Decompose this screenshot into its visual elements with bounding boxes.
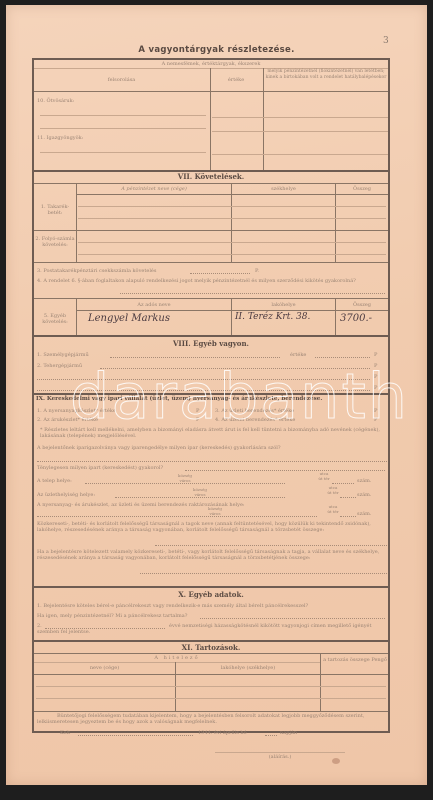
warehouse-street-hint: utca út tér [327,505,339,514]
section-x-title: X. Egyéb adatok. [32,590,390,599]
actual-trade-question: Ténylegesen milyen ipart (kereskedést) g… [37,465,163,471]
col-header-location: melyik pénzintézetnél (fiókintézetnél) v… [264,69,388,80]
shop-label: Az üzlethelyiség helye: [37,492,95,498]
partners-question: Közkereseti-, betéti- és korlátolt felel… [37,521,387,533]
warehouse-municipality-hint: község város [205,507,225,516]
site-street-hint: utca út tér [318,472,330,481]
safe-deposit-question: 1. Bejelentésre köteles bérel-e páncélre… [37,603,308,609]
divider [34,653,388,654]
row-label-other-claims: 5. Egyéb követelés: [34,313,76,325]
section-divider [32,335,390,337]
site-label: A telep helye: [37,478,72,484]
debtor-name-handwritten[interactable]: Lengyel Markus [88,313,170,324]
row-label-savings: 1. Takarék-betét: [34,204,76,216]
shop-municipality-hint: község város [190,488,210,497]
shop-number-field[interactable] [340,497,356,498]
car-field[interactable] [110,357,280,358]
fill-line[interactable] [212,154,388,155]
license-field[interactable] [37,461,387,462]
site-municipality-hint: község város [175,474,195,483]
date-text: 1944. évi április hó [198,730,247,736]
divider [34,662,320,663]
safe-deposit-details: Ha igen, mely pénzintézetnél? Mi a páncé… [37,613,187,619]
fill-line[interactable] [40,115,206,116]
col-header-amount: Összeg [336,302,388,308]
membership-field[interactable] [140,573,387,574]
divider [34,262,388,263]
site-field[interactable] [85,483,285,484]
divider [34,230,388,231]
license-question: A bejelentőnek iparigazolványa vagy ipar… [37,445,281,451]
car-label: 1. Személygépjármű [37,352,89,358]
unit-pengo: P. [255,268,259,274]
shop-field[interactable] [115,497,285,498]
fill-line[interactable] [78,242,386,243]
section-divider [32,640,390,642]
day-field[interactable] [265,735,277,736]
warehouse-field[interactable] [37,516,317,517]
divider [34,674,388,675]
col-header-list: felsorolása [34,77,209,83]
divider [34,91,388,92]
partners-field[interactable] [155,545,387,546]
col-header-seat: székhelye [232,186,335,192]
car-value-field[interactable] [315,357,370,358]
actual-trade-field[interactable] [185,470,385,471]
section-vii-title: VII. Követelések. [32,172,390,181]
membership-question: Ha a bejelentésre kötelezett valamely kö… [37,549,387,561]
warehouse-number-field[interactable] [340,516,356,517]
fill-line[interactable] [78,206,386,207]
residence-handwritten[interactable]: II. Teréz Krt. 38. [235,312,310,322]
page-title: A vagyontárgyak részletezése. [0,45,433,55]
col-header-debt-amount: a tartozás összege Pengő [322,657,388,663]
creditor-group-header: A hitelező [34,655,320,661]
car-value-label: értéke [290,352,306,358]
section-viii-title: VIII. Egyéb vagyon. [32,339,390,348]
fill-line[interactable] [40,128,206,129]
safe-deposit-field[interactable] [200,618,385,619]
postal-savings-label: 3. Postatakarékpénztári csekkszámla köve… [37,268,156,274]
fill-line[interactable] [36,698,386,699]
section-xi-title: XI. Tartozások. [32,643,390,652]
number-suffix: szám. [357,492,372,498]
col-divider [210,68,211,171]
declaration-text: Büntetőjogi felelősségem tudatában kijel… [37,713,387,725]
valuables-group-header: A nemesfémek, értéktárgyak, ékszerek [34,61,388,67]
unit-pengo: P [374,352,377,358]
row-label-pearls: 11. Igazgyöngyök: [37,135,83,141]
disposal-right-field[interactable] [120,293,385,294]
fill-line[interactable] [40,152,206,153]
watermark: darabanth [70,360,409,433]
signature-label: (aláírás.) [215,754,345,760]
fill-line[interactable] [212,131,388,132]
col-divider [320,653,321,711]
col-header-creditor-seat: lakóhelye (székhelye) [176,665,320,671]
day-label: napján [280,730,297,736]
fill-line[interactable] [212,117,388,118]
divider [34,711,388,712]
amount-handwritten[interactable]: 3700.- [340,313,372,324]
number-suffix: szám. [357,511,372,517]
place-label: Kelt [60,730,70,736]
col-header-bank: A pénzintézet neve (cége) [77,186,231,192]
col-header-value: értéke [210,77,262,83]
col-header-amount: Összeg [336,186,388,192]
divider [76,310,388,311]
row-label-current-account: 2. Folyó-számla követelés: [34,236,76,248]
disposal-right-question: 4. A rendelet 6. §-ában foglaltakon alap… [37,278,387,284]
number-suffix: szám. [357,478,372,484]
col-header-creditor-name: neve (cége) [34,665,175,671]
fill-line[interactable] [78,218,386,219]
site-number-field[interactable] [332,483,354,484]
section-divider [32,586,390,588]
col-divider [263,68,264,171]
postal-savings-field[interactable] [190,273,250,274]
col-header-debtor: Az adós neve [77,302,231,308]
shop-street-hint: utca út tér [327,486,339,495]
col-header-residence: lakóhelye [232,302,335,308]
marriage-claim-question: évvé nemzetiségi házasságkötésnél kikötö… [37,623,387,635]
fill-line[interactable] [78,254,386,255]
divider [76,194,388,195]
place-field[interactable] [78,735,193,736]
signature-line[interactable] [215,752,345,753]
fill-line[interactable] [36,686,386,687]
row-label-silverware: 10. Ötvösáruk: [37,98,74,104]
